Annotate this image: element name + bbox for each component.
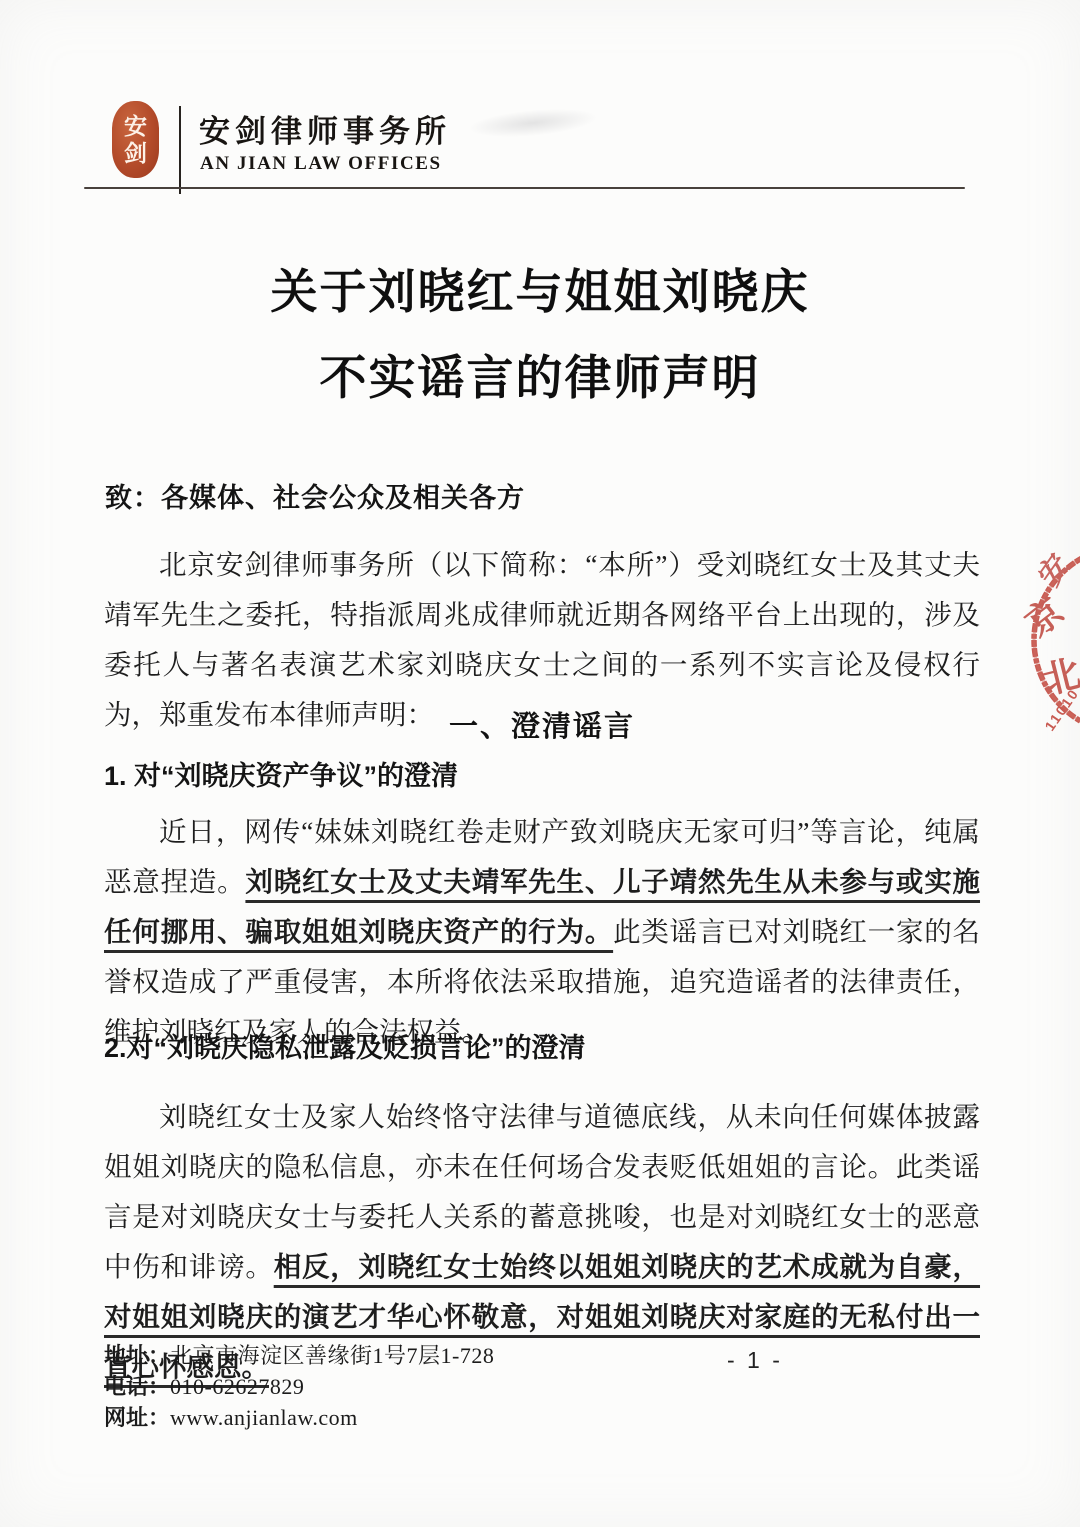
seal-license-digits: 11010	[1041, 685, 1080, 734]
address-label: 地址：	[104, 1343, 170, 1368]
firm-logo-seal-icon: 安 剑	[112, 101, 159, 178]
scan-smudge	[467, 104, 599, 141]
salutation: 致：各媒体、社会公众及相关各方	[105, 476, 525, 515]
firm-name-zh: 安剑律师事务所	[199, 106, 451, 151]
section1-heading: 一、澄清谣言	[104, 704, 980, 745]
clarification1-title: 1. 对“刘晓庆资产争议”的澄清	[104, 754, 458, 793]
clarification1-paragraph: 近日，网传“妹妹刘晓红卷走财产致刘晓庆无家可归”等言论，纯属恶意捏造。刘晓红女士…	[104, 807, 980, 1057]
official-seal-stamp: 安 京 北 11010	[1006, 526, 1080, 771]
header-rule	[84, 187, 965, 189]
phone-value: 010-62627829	[170, 1374, 304, 1399]
seal-char-an: 安	[1033, 549, 1077, 593]
document-page: 安 剑 安剑律师事务所 AN JIAN LAW OFFICES 关于刘晓红与姐姐…	[0, 0, 1080, 1527]
phone-label: 电话：	[104, 1374, 170, 1399]
website-value: www.anjianlaw.com	[170, 1405, 358, 1430]
seal-char-jing: 京	[1018, 591, 1071, 645]
footer-address-row: 地址：北京市海淀区善缘街1号7层1-728	[104, 1340, 494, 1371]
doc-title-line1: 关于刘晓红与姐姐刘晓庆	[0, 255, 1080, 322]
seal-char-bei: 北	[1038, 653, 1080, 703]
clarification2-title: 2.对“刘晓庆隐私泄露及贬损言论”的澄清	[104, 1026, 586, 1065]
website-label: 网址：	[104, 1405, 170, 1430]
footer-phone-row: 电话：010-62627829	[104, 1371, 494, 1402]
logo-char-bottom: 剑	[124, 140, 147, 167]
footer-contact-block: 地址：北京市海淀区善缘街1号7层1-728 电话：010-62627829 网址…	[104, 1340, 494, 1433]
address-value: 北京市海淀区善缘街1号7层1-728	[170, 1343, 494, 1368]
doc-title-line2: 不实谣言的律师声明	[0, 341, 1080, 408]
header-divider	[179, 106, 181, 194]
logo-char-top: 安	[124, 113, 147, 140]
firm-name-en: AN JIAN LAW OFFICES	[200, 153, 442, 175]
footer-website-row: 网址：www.anjianlaw.com	[104, 1402, 494, 1433]
page-number: - 1 -	[727, 1347, 783, 1374]
